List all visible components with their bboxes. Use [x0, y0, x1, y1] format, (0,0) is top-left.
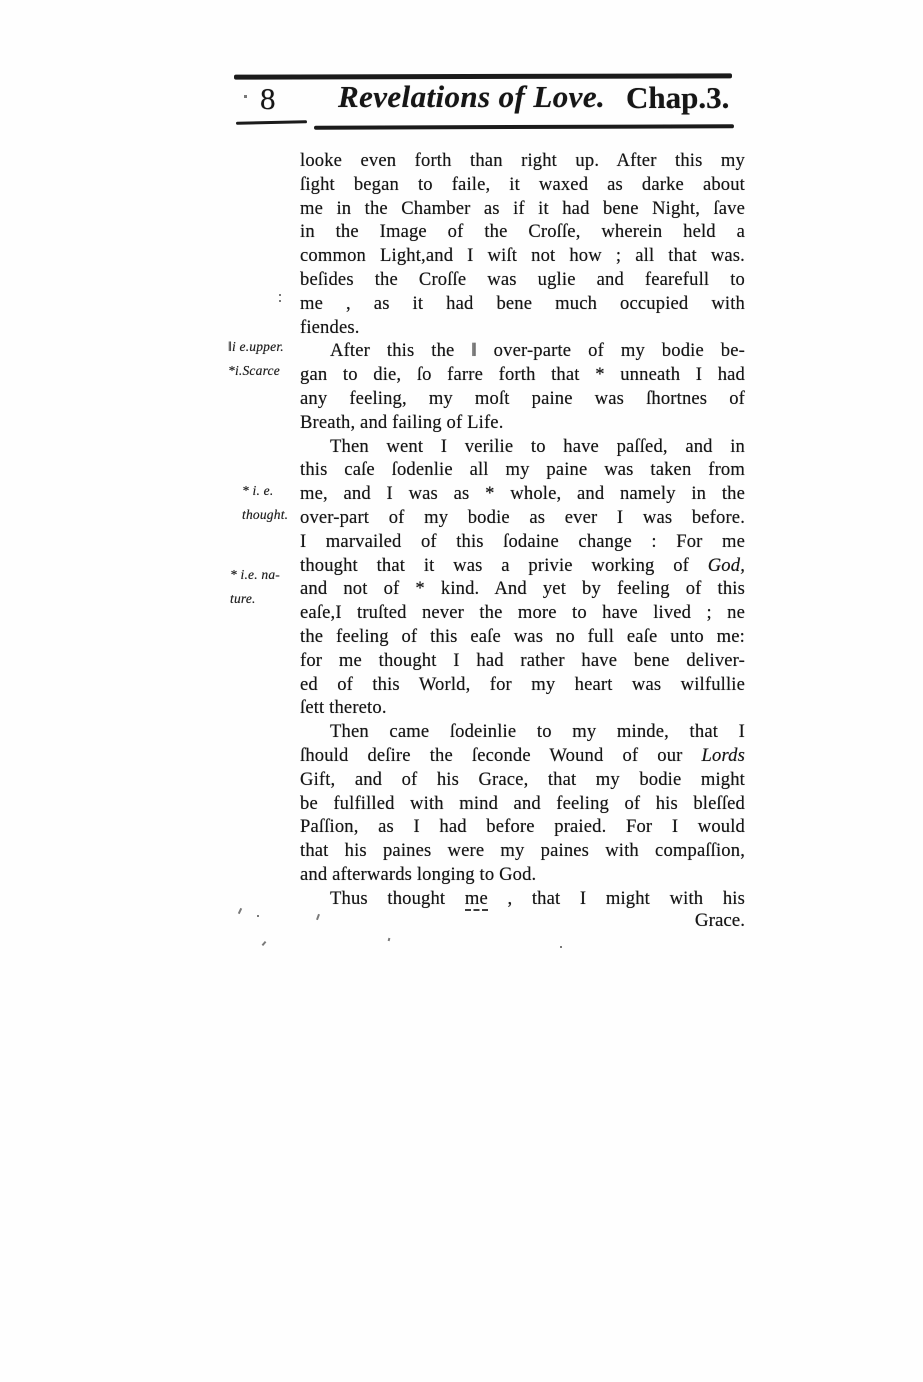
scan-speck	[262, 941, 267, 946]
text-line: beſides the Croſſe was uglie and fearefu…	[300, 268, 745, 292]
text-line: be fulfilled with mind and feeling of hi…	[300, 792, 745, 816]
book-page: 8 Revelations of Love. Chap.3. ‖i e.uppe…	[0, 0, 923, 1382]
text-line: looke even forth than right up. After th…	[300, 149, 745, 173]
margin-note-3: * i.e. na-ture.	[230, 563, 280, 611]
scan-speck	[257, 915, 259, 917]
underlined-word: me	[465, 888, 488, 911]
text-segment: thought that it was a privie working of	[300, 555, 708, 576]
text-line: and not of * kind. And yet by feeling of…	[300, 577, 745, 601]
text-line: that his paines were my paines with comp…	[300, 839, 745, 863]
text-line: I marvailed of this ſodaine change : For…	[300, 530, 745, 554]
text-line: any feeling, my moſt paine was ſhortnes …	[300, 387, 745, 411]
chapter-label: Chap.3.	[626, 81, 729, 115]
paragraph: Then went I verilie to have paſſed, and …	[300, 435, 745, 721]
text-line: Gift, and of his Grace, that my bodie mi…	[300, 768, 745, 792]
text-line: Then came ſodeinlie to my minde, that I	[300, 720, 745, 744]
text-column: looke even forth than right up. After th…	[300, 149, 745, 911]
header-rule-left	[236, 120, 307, 124]
paragraph: Then came ſodeinlie to my minde, that Iſ…	[300, 720, 745, 887]
header-rule-right	[314, 124, 734, 129]
paragraph: Thus thought me , that I might with his	[300, 887, 745, 911]
margin-note-line: * i.e. na-	[230, 563, 280, 587]
text-line: ſight began to faile, it waxed as darke …	[300, 173, 745, 197]
text-line: the feeling of this eaſe was no full eaſ…	[300, 625, 745, 649]
text-segment: ſhould deſire the ſeconde Wound of our	[300, 745, 702, 766]
catchword: Grace.	[300, 909, 745, 933]
text-line: ſett thereto.	[300, 696, 745, 720]
margin-note-line: ture.	[230, 587, 280, 611]
text-line: thought that it was a privie working of …	[300, 554, 745, 578]
margin-note-line: *i.Scarce	[228, 359, 284, 383]
text-line: common Light,and I wiſt not how ; all th…	[300, 244, 745, 268]
scan-speck	[388, 938, 391, 941]
text-line: fiendes.	[300, 316, 745, 340]
margin-note-2: * i. e.thought.	[242, 479, 288, 527]
page-number: 8	[260, 82, 276, 116]
text-line: me in the Chamber as if it had bene Nigh…	[300, 197, 745, 221]
scan-speck	[560, 946, 562, 948]
text-line: Then went I verilie to have paſſed, and …	[300, 435, 745, 459]
italic-word: God,	[708, 555, 745, 576]
margin-note-1: ‖i e.upper.*i.Scarce	[228, 335, 284, 383]
text-line: me , as it had bene much occupied with	[300, 292, 745, 316]
running-title: Revelations of Love.	[338, 79, 605, 115]
text-line: ed of this World, for my heart was wilfu…	[300, 673, 745, 697]
text-line: over-part of my bodie as ever I was befo…	[300, 506, 745, 530]
margin-note-line: ‖i e.upper.	[228, 335, 284, 359]
scan-speck	[244, 95, 247, 98]
italic-word: Lords	[702, 745, 745, 766]
text-line: ſhould deſire the ſeconde Wound of our L…	[300, 744, 745, 768]
text-line: eaſe,I truſted never the more to have li…	[300, 601, 745, 625]
text-line: and afterwards longing to God.	[300, 863, 745, 887]
margin-note-line: * i. e.	[242, 479, 288, 503]
text-line: for me thought I had rather have bene de…	[300, 649, 745, 673]
text-line: gan to die, ſo farre forth that * unneat…	[300, 363, 745, 387]
paragraph: looke even forth than right up. After th…	[300, 149, 745, 339]
text-line: Thus thought me , that I might with his	[300, 887, 745, 911]
text-segment: , that I might with his	[488, 888, 745, 909]
scan-speck	[279, 294, 281, 296]
margin-note-line: thought.	[242, 503, 288, 527]
text-line: this caſe ſodenlie all my paine was take…	[300, 458, 745, 482]
text-line: Breath, and failing of Life.	[300, 411, 745, 435]
paragraph: After this the ‖ over-parte of my bodie …	[300, 339, 745, 434]
text-segment: Thus thought	[330, 888, 465, 909]
scan-speck	[238, 908, 242, 914]
text-line: in the Image of the Croſſe, wherein held…	[300, 220, 745, 244]
text-line: me, and I was as * whole, and namely in …	[300, 482, 745, 506]
text-line: After this the ‖ over-parte of my bodie …	[300, 339, 745, 363]
text-line: Paſſion, as I had before praied. For I w…	[300, 815, 745, 839]
